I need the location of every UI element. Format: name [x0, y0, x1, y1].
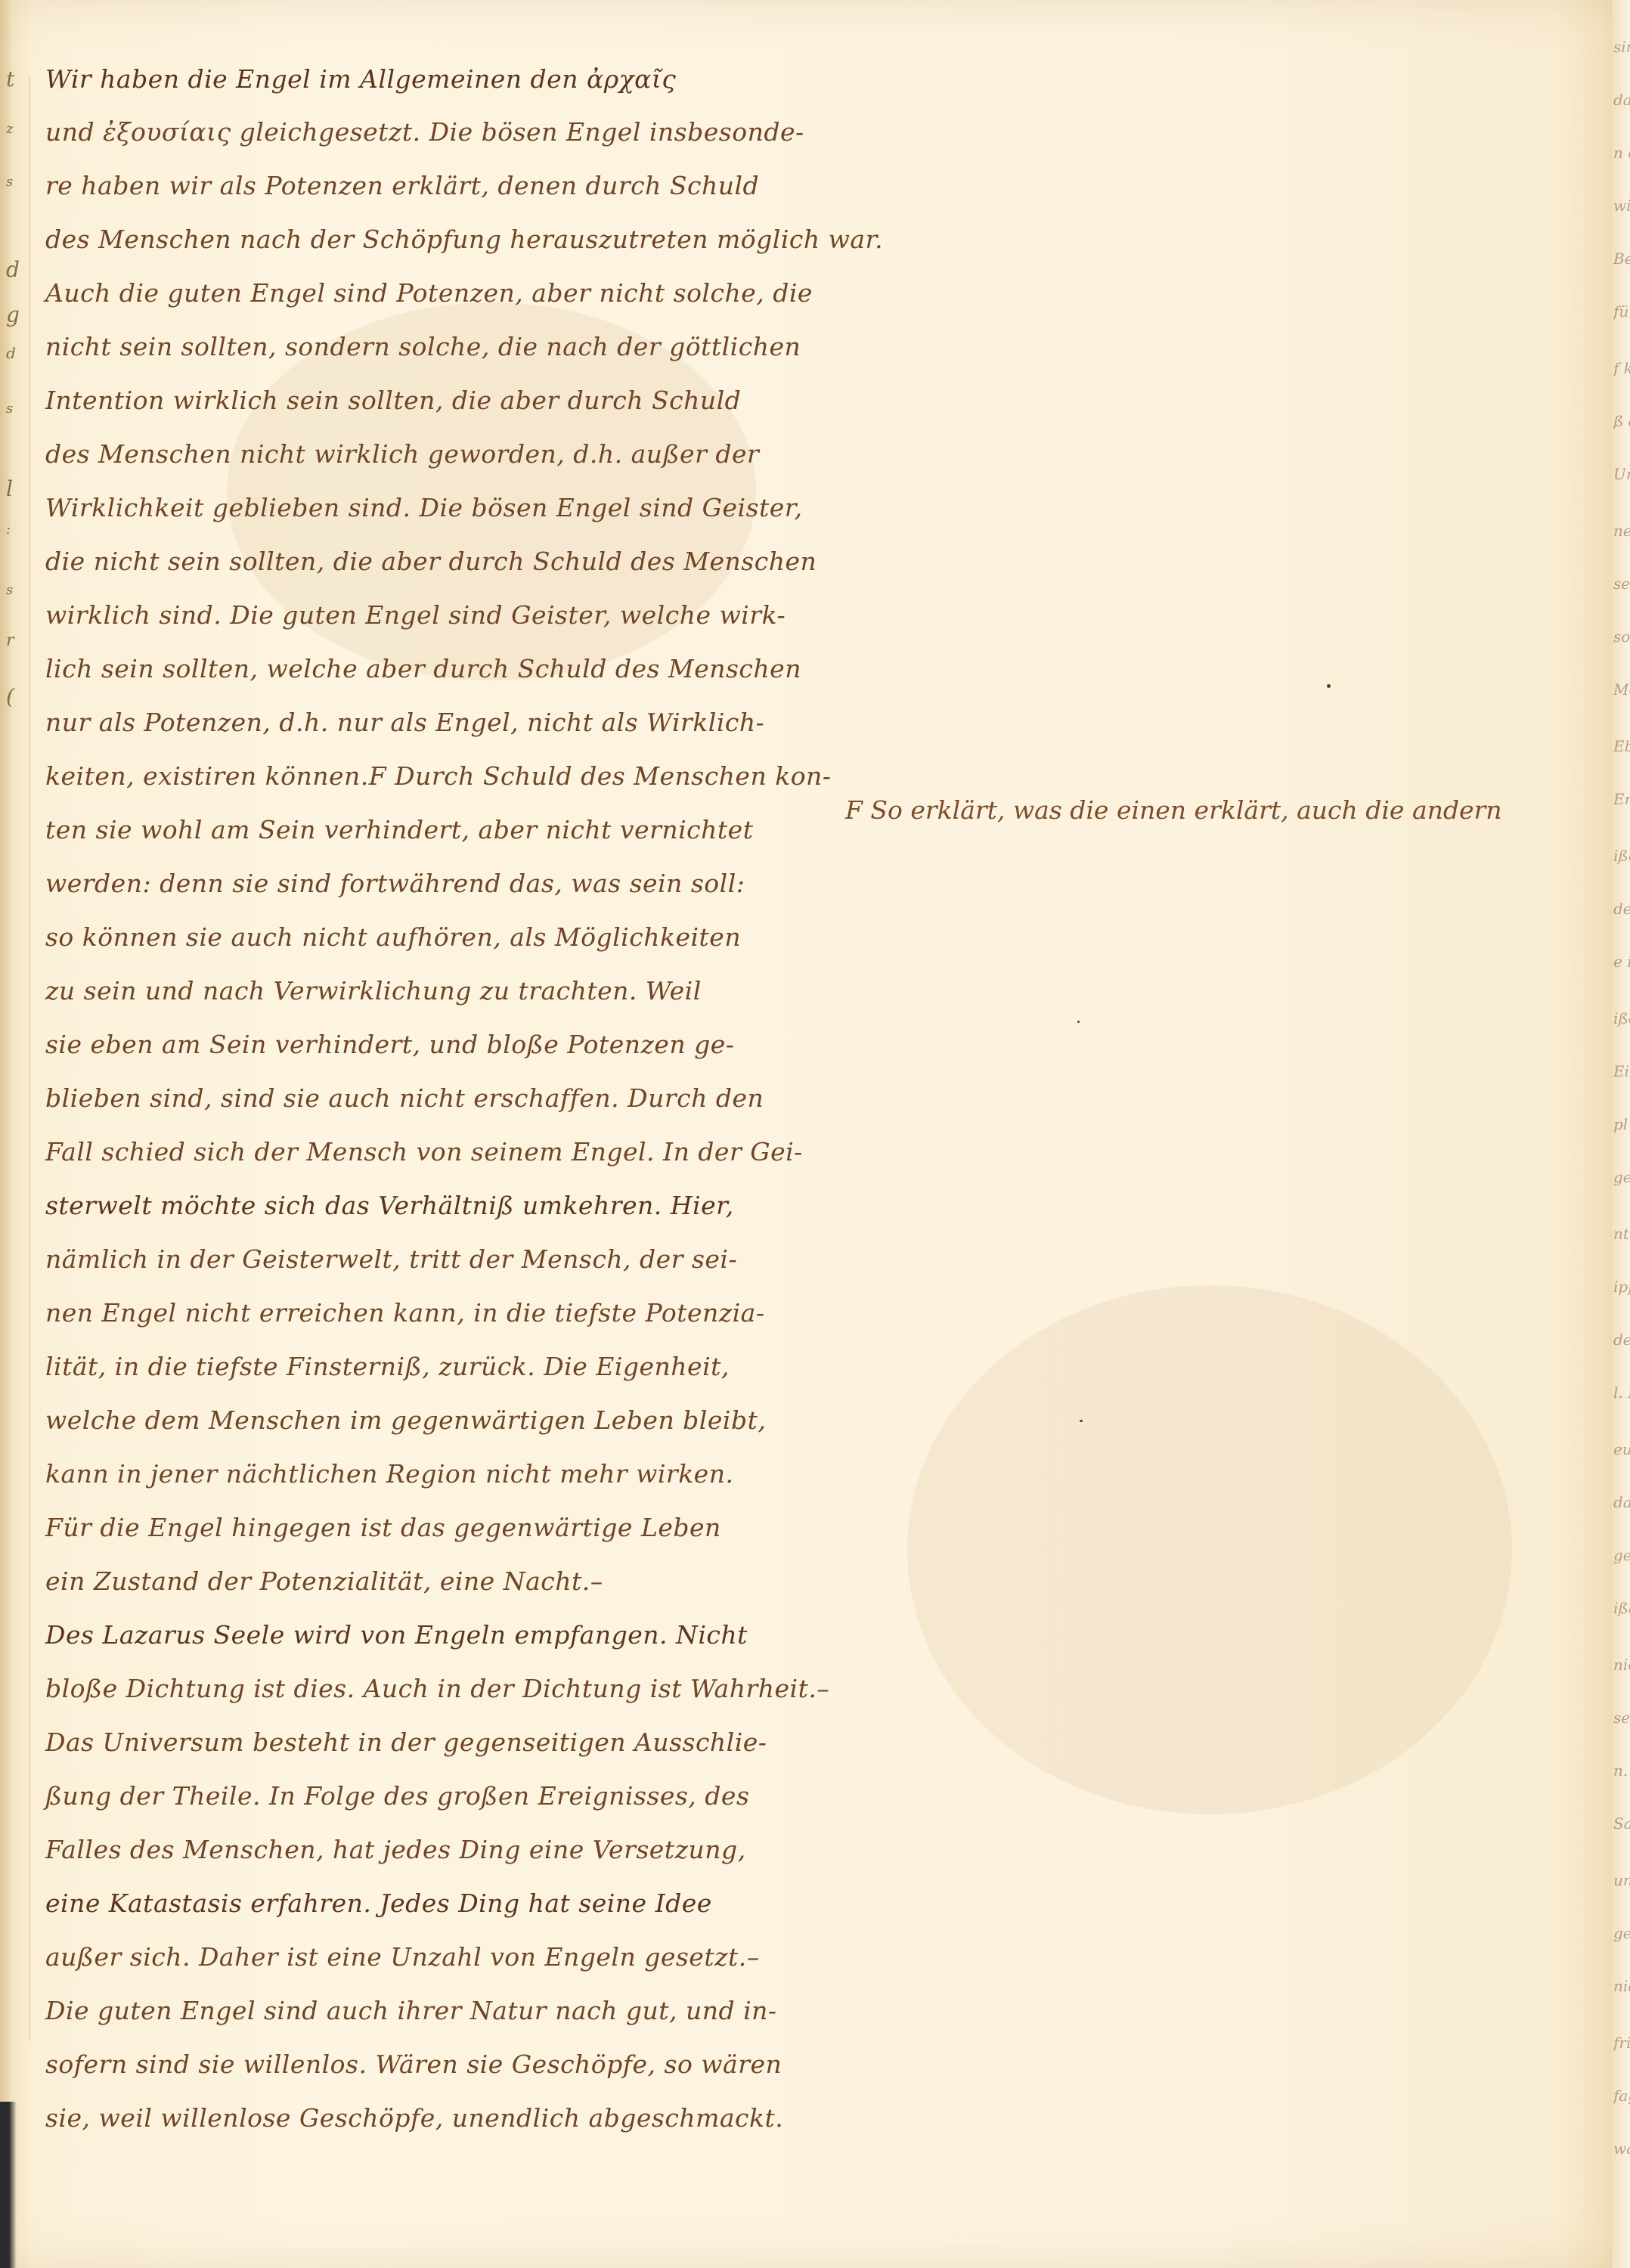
facing-page-text: nt Ja — [1613, 1225, 1630, 1243]
text-line: wirklich sind. Die guten Engel sind Geis… — [45, 600, 786, 630]
facing-page-text: Eir — [1613, 1062, 1630, 1080]
text-line: Wir haben die Engel im Allgemeinen den ἀ… — [45, 64, 676, 94]
page-left-edge — [0, 0, 11, 2268]
margin-mark: s — [6, 582, 13, 598]
margin-mark: s — [6, 401, 13, 417]
text-line: ein Zustand der Potenzialität, eine Nach… — [45, 1566, 603, 1596]
facing-page-text: eud — [1613, 1440, 1630, 1458]
facing-page-text: gehß — [1613, 1924, 1630, 1942]
margin-mark: l — [6, 476, 13, 501]
marginal-annotation: F So erklärt, was die einen erklärt, auc… — [845, 795, 1502, 825]
facing-page-text: ne — [1613, 522, 1630, 540]
margin-mark: g — [6, 302, 20, 327]
ink-speck — [1327, 684, 1331, 688]
text-line: re haben wir als Potenzen erklärt, denen… — [45, 171, 759, 200]
text-line: nicht sein sollten, sondern solche, die … — [45, 332, 801, 361]
binding-guard-strip — [29, 76, 30, 2041]
ink-speck — [1080, 1420, 1083, 1422]
text-line: so können sie auch nicht aufhören, als M… — [45, 922, 741, 952]
facing-page-text: ißae — [1613, 1599, 1630, 1617]
facing-page-text: f ke — [1613, 359, 1630, 377]
facing-page-text: nicht — [1613, 1656, 1630, 1674]
facing-page-text: den — [1613, 900, 1630, 918]
facing-page-text: Engel — [1613, 790, 1630, 808]
facing-page-text: l. K — [1613, 1383, 1630, 1402]
facing-page-text: sind — [1613, 38, 1630, 56]
text-line: sie eben am Sein verhindert, und bloße P… — [45, 1030, 734, 1059]
facing-page-text: sen — [1613, 1709, 1630, 1727]
facing-page-text: gel f — [1613, 1168, 1630, 1186]
facing-page-text: Ebb — [1613, 737, 1630, 755]
facing-page-text: Urspr — [1613, 465, 1630, 483]
text-line: eine Katastasis erfahren. Jedes Ding hat… — [45, 1888, 712, 1918]
facing-page-text: wil — [1613, 197, 1630, 215]
facing-page-text: Mos — [1613, 680, 1630, 699]
text-line: ßung der Theile. In Folge des großen Ere… — [45, 1781, 749, 1811]
text-line: des Menschen nicht wirklich geworden, d.… — [45, 439, 759, 469]
text-line: lität, in die tiefste Finsterniß, zurück… — [45, 1352, 730, 1381]
text-line: bloße Dichtung ist dies. Auch in der Dic… — [45, 1674, 829, 1703]
manuscript-page: t z s d g d s l : s r ( Wir haben die En… — [0, 0, 1630, 2268]
facing-page-text: das f — [1613, 91, 1630, 109]
text-line: Falles des Menschen, hat jedes Ding eine… — [45, 1835, 746, 1864]
text-line: die nicht sein sollten, die aber durch S… — [45, 547, 817, 576]
facing-page-text: Beng — [1613, 249, 1630, 268]
paper-stain — [907, 1285, 1512, 1814]
facing-page-text: e im — [1613, 953, 1630, 971]
text-line: Des Lazarus Seele wird von Engeln empfan… — [45, 1620, 748, 1650]
text-line: lich sein sollten, welche aber durch Sch… — [45, 654, 801, 683]
text-line: nur als Potenzen, d.h. nur als Engel, ni… — [45, 708, 764, 737]
text-line: Intention wirklich sein sollten, die abe… — [45, 386, 741, 415]
margin-mark: d — [6, 344, 16, 362]
text-line: Die guten Engel sind auch ihrer Natur na… — [45, 1996, 777, 2025]
text-line: blieben sind, sind sie auch nicht erscha… — [45, 1083, 764, 1113]
margin-mark: r — [6, 631, 14, 650]
facing-page-text: soll. — [1613, 627, 1630, 646]
text-line: Auch die guten Engel sind Potenzen, aber… — [45, 278, 813, 308]
margin-mark: s — [6, 174, 13, 190]
margin-mark: t — [6, 67, 14, 91]
facing-page-text: ung — [1613, 1871, 1630, 1889]
facing-page-text: daß ig — [1613, 1493, 1630, 1511]
text-line: Das Universum besteht in der gegenseitig… — [45, 1727, 767, 1757]
facing-page-text: n er — [1613, 144, 1630, 162]
text-line: ten sie wohl am Sein verhindert, aber ni… — [45, 815, 753, 844]
text-line: sie, weil willenlose Geschöpfe, unendlic… — [45, 2103, 783, 2133]
facing-page-text: fag — [1613, 2087, 1630, 2105]
facing-page-text: ipfun — [1613, 1278, 1630, 1296]
facing-page-text: gena — [1613, 1546, 1630, 1564]
facing-page-text: der V — [1613, 1331, 1630, 1349]
page-corner-shadow — [0, 2102, 17, 2268]
facing-page-text: ißen — [1613, 1009, 1630, 1027]
text-line: des Menschen nach der Schöpfung herauszu… — [45, 225, 883, 254]
margin-mark: z — [6, 121, 13, 137]
facing-page-text: fri — [1613, 2034, 1630, 2052]
text-line: Fall schied sich der Mensch von seinem E… — [45, 1137, 803, 1167]
facing-page-text: pl i — [1613, 1115, 1630, 1133]
text-line: kann in jener nächtlichen Region nicht m… — [45, 1459, 733, 1489]
text-line: welche dem Menschen im gegenwärtigen Leb… — [45, 1405, 766, 1435]
text-line: nämlich in der Geisterwelt, tritt der Me… — [45, 1244, 737, 1274]
facing-page-text: Sage — [1613, 1814, 1630, 1833]
margin-mark: d — [6, 257, 20, 282]
margin-mark: : — [6, 522, 11, 538]
facing-page-text: für R — [1613, 302, 1630, 321]
text-line: zu sein und nach Verwirklichung zu trach… — [45, 976, 702, 1005]
ink-speck — [1077, 1021, 1080, 1023]
text-line: sofern sind sie willenlos. Wären sie Ges… — [45, 2050, 782, 2079]
text-line: sterwelt möchte sich das Verhältniß umke… — [45, 1191, 734, 1220]
text-line: Wirklichkeit geblieben sind. Die bösen E… — [45, 493, 802, 522]
text-line: werden: denn sie sind fortwährend das, w… — [45, 869, 745, 898]
facing-page-text: ß den — [1613, 412, 1630, 430]
facing-page-text: ißes — [1613, 847, 1630, 865]
text-line: außer sich. Daher ist eine Unzahl von En… — [45, 1942, 760, 1972]
text-line: nen Engel nicht erreichen kann, in die t… — [45, 1298, 765, 1328]
facing-page-text: was — [1613, 2139, 1630, 2158]
text-line: und ἐξουσίαις gleichgesetzt. Die bösen E… — [45, 117, 804, 147]
facing-page-text: seine — [1613, 575, 1630, 593]
text-line: keiten, existiren können.F Durch Schuld … — [45, 761, 831, 791]
facing-page-text: n. Gf — [1613, 1761, 1630, 1780]
margin-mark: ( — [6, 684, 14, 709]
facing-page-text: nicha — [1613, 1977, 1630, 1995]
text-line: Für die Engel hingegen ist das gegenwärt… — [45, 1513, 721, 1542]
